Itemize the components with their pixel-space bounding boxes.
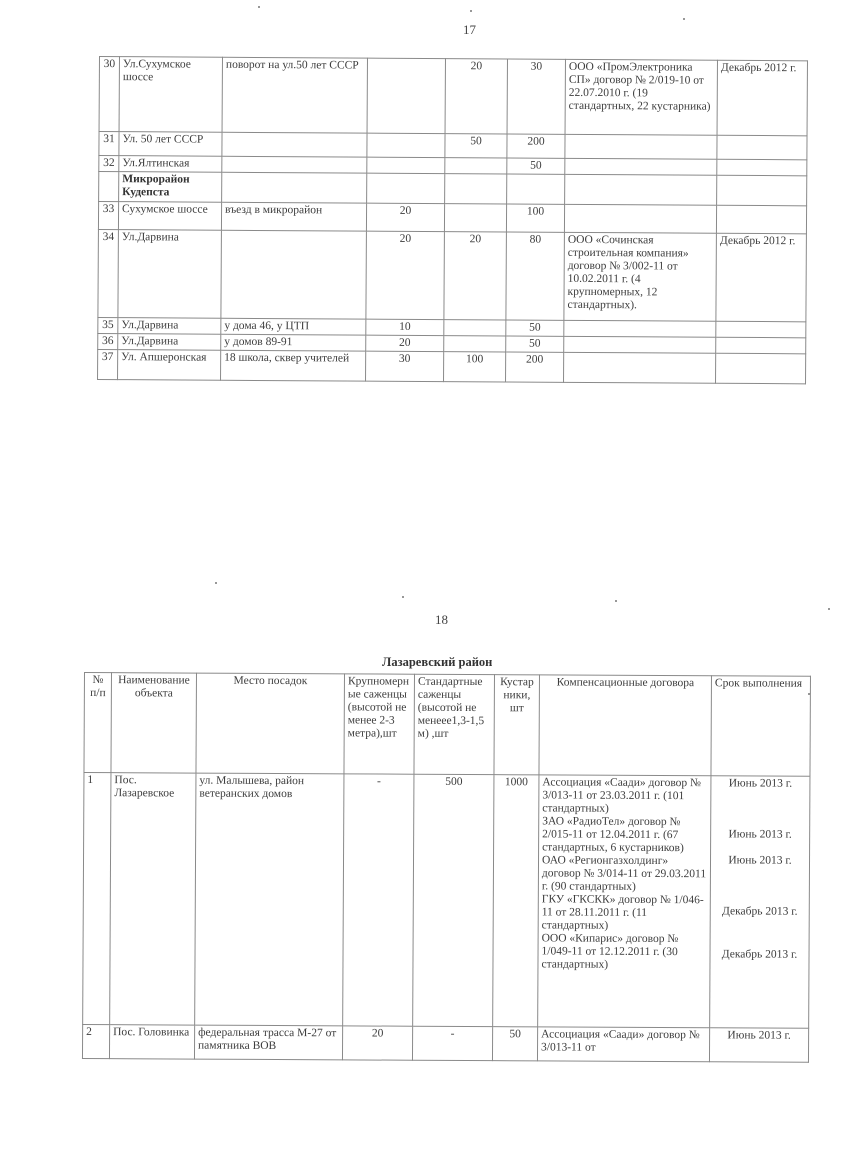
- large-seedlings: 20: [342, 1026, 412, 1060]
- deadline: [716, 353, 806, 384]
- large-seedlings: [367, 173, 445, 203]
- large-seedlings: [367, 157, 445, 173]
- planting-place: въезд в микрорайон: [221, 202, 366, 231]
- deadline: [717, 135, 807, 160]
- row-number: 34: [98, 229, 119, 317]
- standard-seedlings: [444, 336, 506, 352]
- standard-seedlings: [445, 174, 507, 204]
- contract-entry: Ассоциация «Саади» договор № 3/013-11 от…: [542, 776, 707, 816]
- large-seedlings: 20: [366, 335, 444, 351]
- standard-seedlings: [445, 158, 507, 174]
- compensation-contract: [564, 320, 716, 337]
- object-name: Ул.Дарвина: [118, 334, 221, 351]
- planting-table-page-18: № п/п Наименование объекта Место посадок…: [82, 672, 811, 1063]
- object-name: Сухумское шоссе: [118, 202, 221, 231]
- deadline: [716, 321, 806, 338]
- contract-entry: ГКУ «ГКСКК» договор № 1/046-11 от 28.11.…: [542, 893, 707, 933]
- contract-entry: ЗАО «РадиоТел» договор № 2/015-11 от 12.…: [542, 815, 707, 855]
- table-header-row: № п/п Наименование объекта Место посадок…: [84, 673, 811, 777]
- header-place: Место посадок: [196, 673, 345, 774]
- standard-seedlings: 20: [445, 59, 507, 134]
- table-row: 33Сухумское шоссевъезд в микрорайон20100: [98, 202, 806, 234]
- header-deadline: Срок выполнения: [711, 676, 811, 777]
- compensation-contract: [565, 134, 717, 159]
- deadline: Декабрь 2012 г.: [717, 60, 807, 136]
- contract-deadline: Декабрь 2013 г.: [714, 905, 806, 918]
- object-name: Ул.Сухумское шоссе: [119, 57, 222, 133]
- large-seedlings: 10: [366, 319, 444, 335]
- compensation-contract: [564, 336, 716, 353]
- shrubs-count: 30: [507, 59, 565, 134]
- object-name: Ул. 50 лет СССР: [119, 132, 222, 157]
- page-number-18: 18: [435, 612, 448, 628]
- large-seedlings: 20: [366, 203, 444, 231]
- contract-entry: Ассоциация «Саади» договор № 3/013-11 от: [541, 1028, 706, 1055]
- contract-deadline: Июнь 2013 г.: [713, 1029, 805, 1042]
- planting-place: ул. Малышева, район ветеранских домов: [195, 773, 344, 1026]
- standard-seedlings: -: [412, 1026, 492, 1060]
- large-seedlings: [367, 58, 445, 133]
- header-standard: Стандартные саженцы (высотой не менеее1,…: [414, 674, 495, 774]
- standard-seedlings: 500: [413, 774, 494, 1026]
- standard-seedlings: 100: [444, 352, 506, 382]
- deadline: [716, 337, 806, 354]
- object-name: Ул. Апшеронская: [118, 350, 221, 381]
- row-number: 31: [99, 132, 119, 156]
- compensation-contract: ООО «ПромЭлектроника СП» договор № 2/019…: [565, 59, 717, 135]
- object-name: Пос. Головинка: [109, 1025, 194, 1059]
- object-name: Ул.Дарвина: [118, 230, 222, 319]
- compensation-contract: ООО «Сочинская строительная компания» до…: [564, 232, 717, 321]
- planting-place: [222, 156, 367, 173]
- contract-deadline: Июнь 2013 г.: [714, 828, 806, 841]
- header-large: Крупномерные саженцы (высотой не менее 2…: [344, 674, 415, 774]
- compensation-contract: [564, 204, 716, 233]
- header-num: № п/п: [84, 673, 112, 773]
- table-row: 2Пос. Головинкафедеральная трасса М-27 о…: [82, 1024, 808, 1062]
- table-row: 34Ул.Дарвина202080ООО «Сочинская строите…: [98, 229, 807, 321]
- standard-seedlings: [444, 204, 506, 232]
- row-number: 30: [99, 57, 119, 132]
- compensation-contracts: Ассоциация «Саади» договор № 3/013-11 от…: [538, 775, 711, 1028]
- row-number: 32: [99, 156, 119, 172]
- planting-place: у домов 89-91: [221, 334, 366, 351]
- planting-place: [222, 132, 367, 157]
- deadline: [717, 175, 807, 206]
- contract-entry: ОАО «Регионгазхолдинг» договор № 3/014-1…: [542, 854, 707, 894]
- compensation-contract: [565, 174, 717, 205]
- contract-entry: ООО «Кипарис» договор № 1/049-11 от 12.1…: [541, 932, 706, 972]
- deadline: [717, 159, 807, 176]
- deadlines: Июнь 2013 г.: [709, 1028, 808, 1063]
- table-row: 30Ул.Сухумское шоссеповорот на ул.50 лет…: [99, 57, 807, 136]
- row-number: 35: [98, 317, 118, 333]
- shrubs-count: 50: [492, 1027, 537, 1061]
- planting-place: 18 школа, сквер учителей: [221, 350, 366, 381]
- planting-place: поворот на ул.50 лет СССР: [222, 57, 367, 133]
- planting-place: у дома 46, у ЦТП: [221, 318, 366, 335]
- header-name: Наименование объекта: [111, 673, 197, 773]
- deadlines: Июнь 2013 г.Июнь 2013 г.Июнь 2013 г.Дека…: [710, 776, 810, 1029]
- planting-place: [221, 230, 367, 319]
- shrubs-count: 50: [507, 158, 565, 174]
- large-seedlings: 30: [366, 351, 444, 381]
- table-subheading-row: Микрорайон Кудепста: [99, 172, 807, 206]
- shrubs-count: 80: [506, 232, 565, 320]
- deadline: Декабрь 2012 г.: [716, 233, 807, 322]
- table-row: 1Пос. Лазаревскоеул. Малышева, район вет…: [83, 773, 810, 1029]
- row-number: 36: [98, 333, 118, 349]
- standard-seedlings: 20: [444, 232, 507, 320]
- row-number: [99, 172, 119, 202]
- object-name: Микрорайон Кудепста: [119, 172, 222, 203]
- large-seedlings: [367, 133, 445, 157]
- large-seedlings: 20: [366, 231, 445, 319]
- table-row: 37Ул. Апшеронская18 школа, сквер учителе…: [98, 349, 806, 383]
- standard-seedlings: 50: [445, 134, 507, 158]
- page-number-17: 17: [463, 22, 476, 38]
- shrubs-count: 1000: [493, 775, 539, 1027]
- compensation-contract: [565, 158, 717, 175]
- header-contract: Компенсационные договора: [539, 675, 712, 776]
- shrubs-count: 200: [506, 352, 564, 382]
- shrubs-count: 50: [506, 320, 564, 336]
- contract-deadline: Июнь 2013 г.: [714, 777, 806, 790]
- standard-seedlings: [444, 320, 506, 336]
- header-shrubs: Кустарники, шт: [494, 675, 540, 775]
- object-name: Ул.Ялтинская: [119, 156, 222, 173]
- compensation-contract: [564, 352, 716, 383]
- object-name: Ул.Дарвина: [118, 318, 221, 335]
- row-number: 2: [82, 1024, 109, 1058]
- shrubs-count: 200: [507, 134, 565, 158]
- section-title: Лазаревский район: [382, 655, 492, 670]
- planting-table-page-17: 30Ул.Сухумское шоссеповорот на ул.50 лет…: [97, 56, 808, 384]
- shrubs-count: 50: [506, 336, 564, 352]
- deadline: [716, 205, 806, 234]
- compensation-contracts: Ассоциация «Саади» договор № 3/013-11 от: [537, 1027, 709, 1062]
- row-number: 1: [83, 773, 111, 1025]
- object-name: Пос. Лазаревское: [110, 773, 196, 1025]
- planting-place: федеральная трасса М-27 от памятника ВОВ: [194, 1025, 342, 1060]
- row-number: 37: [98, 349, 118, 379]
- large-seedlings: -: [343, 774, 414, 1026]
- contract-deadline: Июнь 2013 г.: [714, 854, 806, 867]
- contract-deadline: Декабрь 2013 г.: [713, 948, 805, 961]
- row-number: 33: [98, 202, 118, 230]
- planting-place: [222, 172, 367, 203]
- shrubs-count: [507, 174, 565, 204]
- shrubs-count: 100: [506, 204, 564, 232]
